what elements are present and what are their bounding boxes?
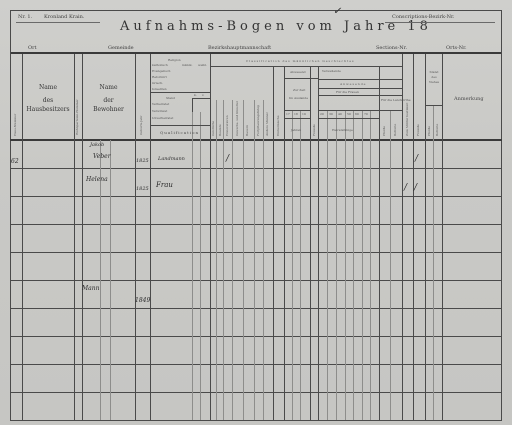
classification-title: Classification des männlichen Geschlecht… bbox=[246, 59, 355, 63]
class-clergy: Geistliche bbox=[211, 110, 215, 136]
owner-name-header-3: Hausbesitzers bbox=[22, 106, 74, 113]
col-line bbox=[442, 54, 443, 420]
female-group: 60 bbox=[355, 112, 359, 116]
female-groups-bottom-line bbox=[318, 118, 379, 119]
religion-row: Griech. bbox=[152, 81, 163, 85]
military-exempt-header: Befreite bbox=[393, 116, 397, 136]
entry-mark: / bbox=[404, 183, 407, 193]
female-group: 30 bbox=[329, 112, 333, 116]
age-group: 17 bbox=[286, 112, 290, 116]
livestock-horses: Pferde bbox=[427, 110, 431, 136]
header-divider bbox=[10, 52, 502, 54]
status-row: Verheiratet bbox=[152, 102, 169, 106]
left-border bbox=[10, 10, 11, 421]
female-group: 70 bbox=[364, 112, 368, 116]
religion-row: Evangelisch bbox=[152, 69, 170, 73]
female-group: 20 bbox=[320, 112, 324, 116]
sub-col-line bbox=[216, 100, 217, 420]
entry-qualification: Frau bbox=[156, 181, 173, 189]
col-line bbox=[135, 54, 136, 420]
entry-resident-surname: Veber bbox=[93, 153, 111, 160]
religion-title: Religion bbox=[168, 58, 181, 62]
religion-col-female: weibl. bbox=[198, 63, 207, 67]
section-label: Sections-Nr. bbox=[376, 45, 407, 51]
sub-col-line bbox=[336, 110, 337, 420]
livestock-line bbox=[425, 105, 442, 106]
female-group: 40 bbox=[338, 112, 342, 116]
present-line bbox=[318, 88, 402, 89]
row-line bbox=[10, 224, 502, 225]
sub-col-line bbox=[223, 100, 224, 420]
age-group: 18 bbox=[294, 112, 298, 116]
abroad-header: Im Auslande bbox=[289, 96, 308, 100]
female-group: 50 bbox=[347, 112, 351, 116]
col-line bbox=[379, 66, 380, 420]
class-notables: Honoratioren bbox=[225, 90, 229, 136]
top-border bbox=[10, 10, 502, 11]
qualification-header: Qualification bbox=[160, 130, 199, 135]
status-header-line bbox=[192, 98, 210, 99]
owner-name-header-2: des bbox=[22, 97, 74, 104]
age-group: 19 bbox=[302, 112, 306, 116]
religion-row: katholisch bbox=[152, 63, 168, 67]
class-capable: Fortpflanzungsfähig bbox=[256, 95, 260, 136]
right-border bbox=[501, 10, 502, 421]
status-col-line bbox=[192, 98, 193, 112]
house-number-header: Haus-Nummer bbox=[13, 100, 17, 136]
col-line bbox=[210, 54, 211, 420]
table-header-bottom bbox=[10, 139, 502, 141]
entry-qualification: Landmann bbox=[158, 156, 185, 162]
entry-resident-name: Jakob bbox=[90, 142, 104, 148]
age-groups-top-line bbox=[284, 110, 310, 111]
status-col-a: k. bbox=[194, 93, 197, 97]
class-other-men: Andere Männer bbox=[265, 95, 269, 136]
entry-owner-name: Mann bbox=[82, 285, 99, 292]
horses-header: Pferde bbox=[382, 116, 386, 136]
resident-name-header-3: Bewohner bbox=[82, 106, 135, 113]
row-line bbox=[10, 196, 502, 197]
row-line bbox=[10, 364, 502, 365]
district-authority-label: Bezirkshauptmannschaft bbox=[208, 45, 271, 51]
native-header: Einheimische bbox=[276, 72, 280, 136]
sub-col-line bbox=[292, 110, 293, 420]
birth-year-header: Geburts-Jahr bbox=[139, 105, 143, 135]
crown-land-underline bbox=[16, 22, 100, 23]
entry-birth-year: 1825 bbox=[136, 186, 149, 192]
entry-mark: / bbox=[414, 183, 417, 193]
sub-col-line bbox=[345, 110, 346, 420]
row-line bbox=[10, 168, 502, 169]
conscription-district-label: Conscriptions-Bezirk-Nr. bbox=[392, 14, 454, 20]
sub-col-line bbox=[433, 105, 434, 420]
col-line bbox=[310, 66, 311, 420]
status-bottom-line bbox=[150, 125, 210, 126]
sub-col-line bbox=[243, 100, 244, 420]
row-line bbox=[10, 308, 502, 309]
female-groups-top-line bbox=[318, 110, 402, 111]
present-title: Anwesende bbox=[340, 82, 366, 86]
class-officials: Beamte bbox=[218, 110, 222, 136]
sub-col-line bbox=[254, 100, 255, 420]
census-sheet: Nr. 1. Kronland Krain. Aufnahms-Bogen vo… bbox=[0, 0, 512, 425]
sub-col-line bbox=[390, 110, 391, 420]
col-line bbox=[413, 54, 414, 420]
sub-col-line bbox=[263, 100, 264, 420]
entry-birth-year: 1825 bbox=[136, 158, 149, 164]
col-line bbox=[318, 66, 319, 420]
class-farmers: Bauern bbox=[245, 110, 249, 136]
status-row: Verwitwet bbox=[152, 109, 167, 113]
status-row: Unverheiratet bbox=[152, 116, 173, 120]
religion-col-male: männl. bbox=[182, 63, 192, 67]
col-line bbox=[402, 54, 403, 420]
sub-col-line bbox=[327, 110, 328, 420]
col-line bbox=[150, 54, 151, 420]
col-line bbox=[425, 54, 426, 420]
row-line bbox=[10, 252, 502, 253]
religion-row: Israeliten bbox=[152, 87, 167, 91]
entry-birth-year: 1849 bbox=[135, 297, 150, 304]
col-line bbox=[273, 66, 274, 420]
locality-number-label: Orts-Nr. bbox=[446, 45, 467, 51]
livestock-status-header: Stand des Viehes bbox=[427, 70, 441, 85]
form-number: Nr. 1. bbox=[18, 14, 32, 20]
check-mark: ✓ bbox=[333, 6, 341, 17]
marriage-capable-header: Heiratsfähige bbox=[332, 128, 353, 132]
dwelling-number-header: Wohnparteien-Nummer bbox=[75, 95, 79, 135]
religion-row: Reformirt bbox=[152, 75, 167, 79]
conscription-underline bbox=[385, 22, 495, 23]
sub-col-line bbox=[370, 110, 371, 420]
entry-resident-name: Helena bbox=[86, 176, 108, 183]
entry-mark: / bbox=[226, 154, 229, 164]
livestock-exempt: Befreite bbox=[435, 110, 439, 136]
sub-col-line bbox=[232, 100, 233, 420]
status-title: Stand bbox=[166, 96, 175, 100]
sub-col-line bbox=[200, 112, 201, 420]
sub-col-line bbox=[300, 110, 301, 420]
religion-bottom-line bbox=[150, 92, 210, 93]
bottom-border bbox=[10, 420, 502, 421]
staying-line bbox=[318, 79, 402, 80]
foreigners-header: Fremde bbox=[312, 112, 316, 136]
military-header: Zum Militär bestimmt bbox=[405, 80, 409, 136]
crown-land: Kronland Krain. bbox=[44, 14, 84, 20]
age-groups-bottom-line bbox=[284, 118, 310, 119]
foreigners-present-header: Fremde bbox=[416, 100, 420, 136]
remarks-header: Anmerkung bbox=[454, 96, 484, 102]
sub-col-line bbox=[192, 112, 193, 420]
sub-col-line bbox=[110, 140, 111, 420]
classification-title-line bbox=[210, 66, 402, 67]
years-header: Jahren bbox=[291, 128, 301, 132]
place-label: Ort bbox=[28, 45, 37, 51]
resident-name-header-2: der bbox=[82, 97, 135, 104]
present-sub-line bbox=[318, 95, 402, 96]
municipality-label: Gemeinde bbox=[108, 45, 134, 51]
owner-name-header-1: Name bbox=[22, 84, 74, 91]
absent-line bbox=[284, 78, 318, 79]
entry-house-number: 62 bbox=[11, 158, 19, 165]
female-present-header: Für die Frauen bbox=[336, 90, 359, 94]
entry-mark: / bbox=[415, 154, 418, 164]
absent-header: Abwesend bbox=[290, 70, 306, 74]
row-line bbox=[10, 280, 502, 281]
class-tradesmen: Gewerbs- und Künstler bbox=[235, 80, 239, 136]
births-title: Zur Zeit bbox=[293, 88, 305, 92]
col-line bbox=[284, 66, 285, 420]
status-col-b: v. bbox=[202, 93, 204, 97]
staying-title: Verweilende bbox=[322, 69, 341, 73]
row-line bbox=[10, 336, 502, 337]
sub-col-line bbox=[353, 110, 354, 420]
sub-col-line bbox=[362, 110, 363, 420]
row-line bbox=[10, 392, 502, 393]
resident-name-header-1: Name bbox=[82, 84, 135, 91]
